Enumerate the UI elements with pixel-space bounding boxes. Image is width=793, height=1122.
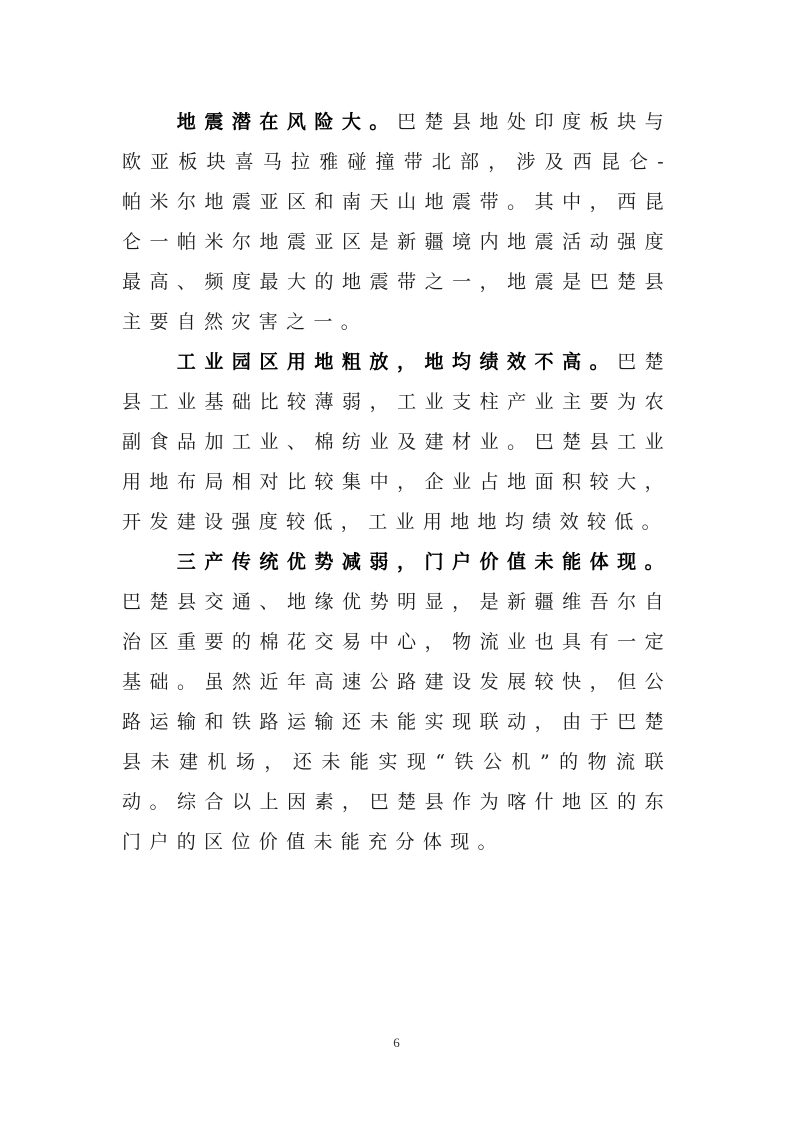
paragraph-heading: 工业园区用地粗放，地均绩效不高。 [177, 351, 617, 373]
paragraph-text: 巴楚县交通、地缘优势明显，是新疆维吾尔自治区重要的棉花交易中心，物流业也具有一定… [122, 591, 672, 853]
paragraph-heading: 地震潜在风险大。 [177, 111, 397, 133]
paragraph-text: 巴楚县工业基础比较薄弱，工业支柱产业主要为农副食品加工业、棉纺业及建材业。巴楚县… [122, 351, 672, 533]
paragraph-text: 巴楚县地处印度板块与欧亚板块喜马拉雅碰撞带北部，涉及西昆仑-帕米尔地震亚区和南天… [122, 111, 672, 333]
paragraph-heading: 三产传统优势减弱，门户价值未能体现。 [177, 551, 672, 573]
page-number: 6 [0, 1035, 793, 1051]
document-page: 地震潜在风险大。巴楚县地处印度板块与欧亚板块喜马拉雅碰撞带北部，涉及西昆仑-帕米… [0, 0, 793, 1122]
paragraph-earthquake-risk: 地震潜在风险大。巴楚县地处印度板块与欧亚板块喜马拉雅碰撞带北部，涉及西昆仑-帕米… [122, 102, 672, 342]
paragraph-industrial-land: 工业园区用地粗放，地均绩效不高。巴楚县工业基础比较薄弱，工业支柱产业主要为农副食… [122, 342, 672, 542]
page-body: 地震潜在风险大。巴楚县地处印度板块与欧亚板块喜马拉雅碰撞带北部，涉及西昆仑-帕米… [122, 102, 672, 862]
paragraph-tertiary-industry: 三产传统优势减弱，门户价值未能体现。巴楚县交通、地缘优势明显，是新疆维吾尔自治区… [122, 542, 672, 862]
